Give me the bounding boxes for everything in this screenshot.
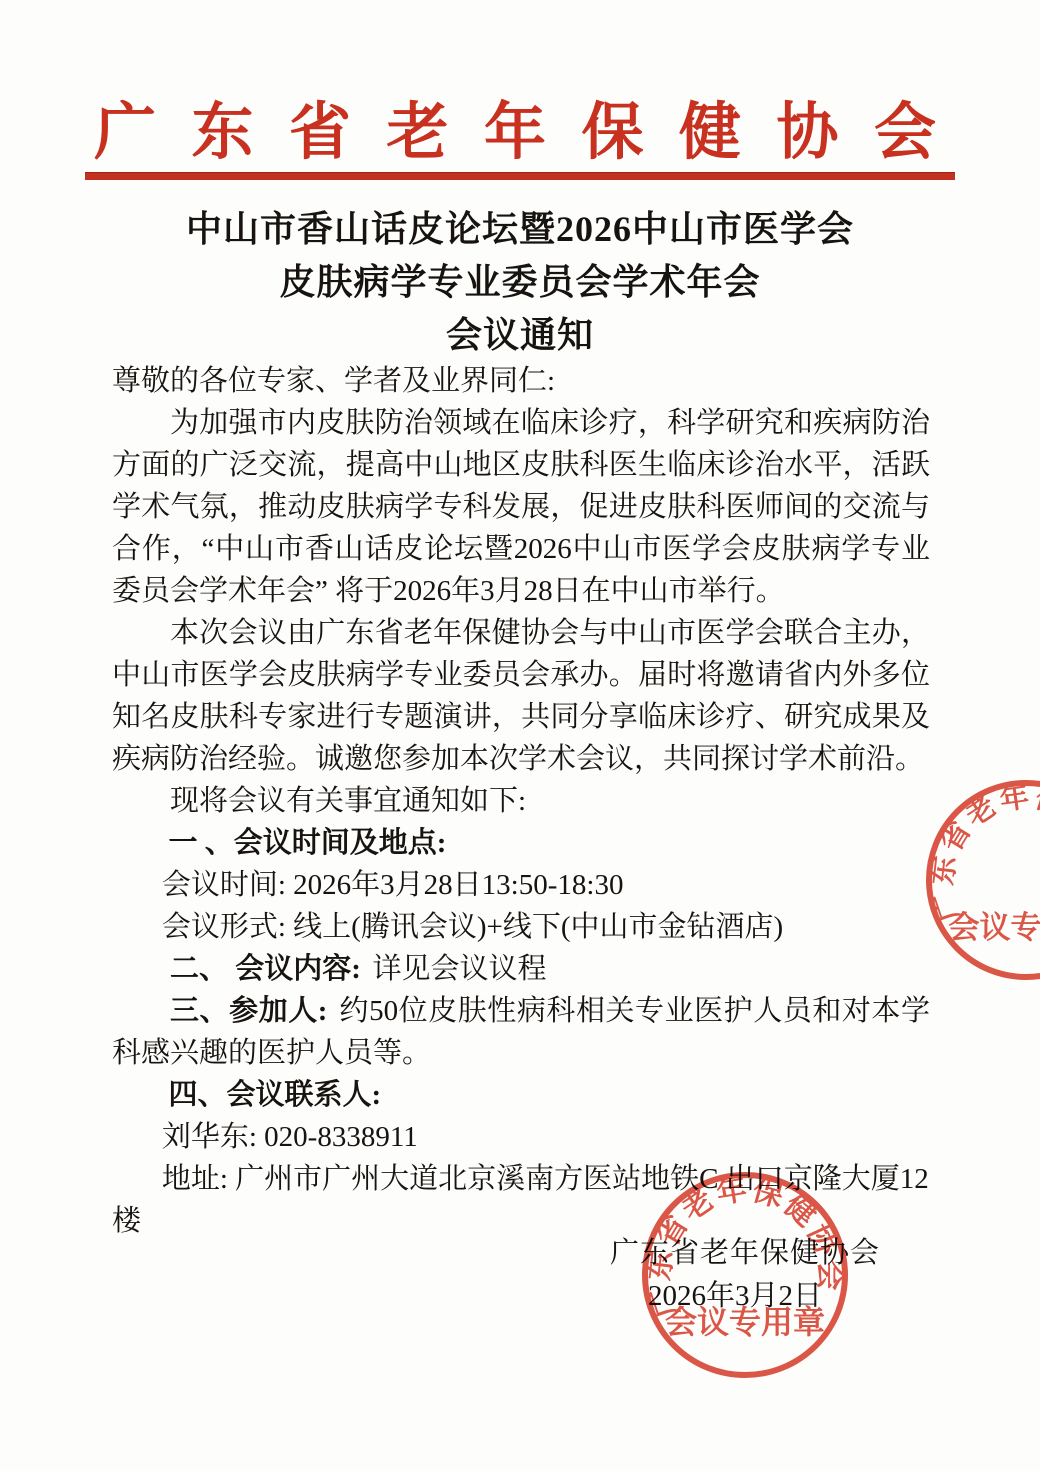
document-title-line1: 中山市香山话皮论坛暨2026中山市医学会 (0, 203, 1040, 256)
svg-text:广东省老年保健协会: 广东省老年保健协会 (926, 779, 1040, 925)
intro-paragraph: 为加强市内皮肤防治领域在临床诊疗，科学研究和疾病防治方面的广泛交流，提高中山地区… (112, 402, 930, 612)
letterhead-rule (85, 172, 955, 180)
organizer-paragraph: 本次会议由广东省老年保健协会与中山市医学会联合主办，中山市医学会皮肤病学专业委员… (112, 612, 930, 780)
section3-line: 三、参加人:约50位皮肤性病科相关专业医护人员和对本学科感兴趣的医护人员等。 (112, 990, 930, 1074)
meeting-time-line: 会议时间: 2026年3月28日13:50-18:30 (112, 864, 930, 906)
section4-heading: 四、会议联系人: (112, 1074, 930, 1116)
signature-date: 2026年3月2日 (648, 1273, 822, 1314)
notice-lead-line: 现将会议有关事宜通知如下: (112, 780, 930, 822)
seal-label: 会议专用章 (949, 910, 1040, 945)
meeting-format-line: 会议形式: 线上(腾讯会议)+线下(中山市金钻酒店) (112, 906, 930, 948)
section2-line: 二、 会议内容:详见会议议程 (112, 948, 930, 990)
section2-label: 二、 会议内容: (170, 953, 361, 985)
section1-heading: 一 、会议时间及地点: (112, 822, 930, 864)
notice-body: 尊敬的各位专家、学者及业界同仁: 为加强市内皮肤防治领域在临床诊疗，科学研究和疾… (112, 360, 930, 1242)
document-title-line3: 会议通知 (0, 309, 1040, 362)
document-title-line2: 皮肤病学专业委员会学术年会 (0, 256, 1040, 309)
section3-label: 三、参加人: (170, 995, 327, 1027)
salutation: 尊敬的各位专家、学者及业界同仁: (112, 360, 930, 402)
section2-value: 详见会议议程 (373, 953, 547, 985)
contact-line: 刘华东: 020-8338911 (112, 1116, 930, 1158)
org-name-header: 广 东 省 老 年 保 健 协 会 (0, 82, 1040, 171)
seal-ring (929, 783, 1040, 977)
seal-arc-text: 广东省老年保健协会 (926, 779, 1040, 925)
signature-org: 广东省老年保健协会 (610, 1230, 880, 1271)
document-title: 中山市香山话皮论坛暨2026中山市医学会 皮肤病学专业委员会学术年会 会议通知 (0, 203, 1040, 362)
scanned-meeting-notice-document: 广 东 省 老 年 保 健 协 会 中山市香山话皮论坛暨2026中山市医学会 皮… (0, 0, 1040, 1471)
association-seal-right-partial: 广东省老年保健协会 会议专用章 (916, 770, 1040, 990)
